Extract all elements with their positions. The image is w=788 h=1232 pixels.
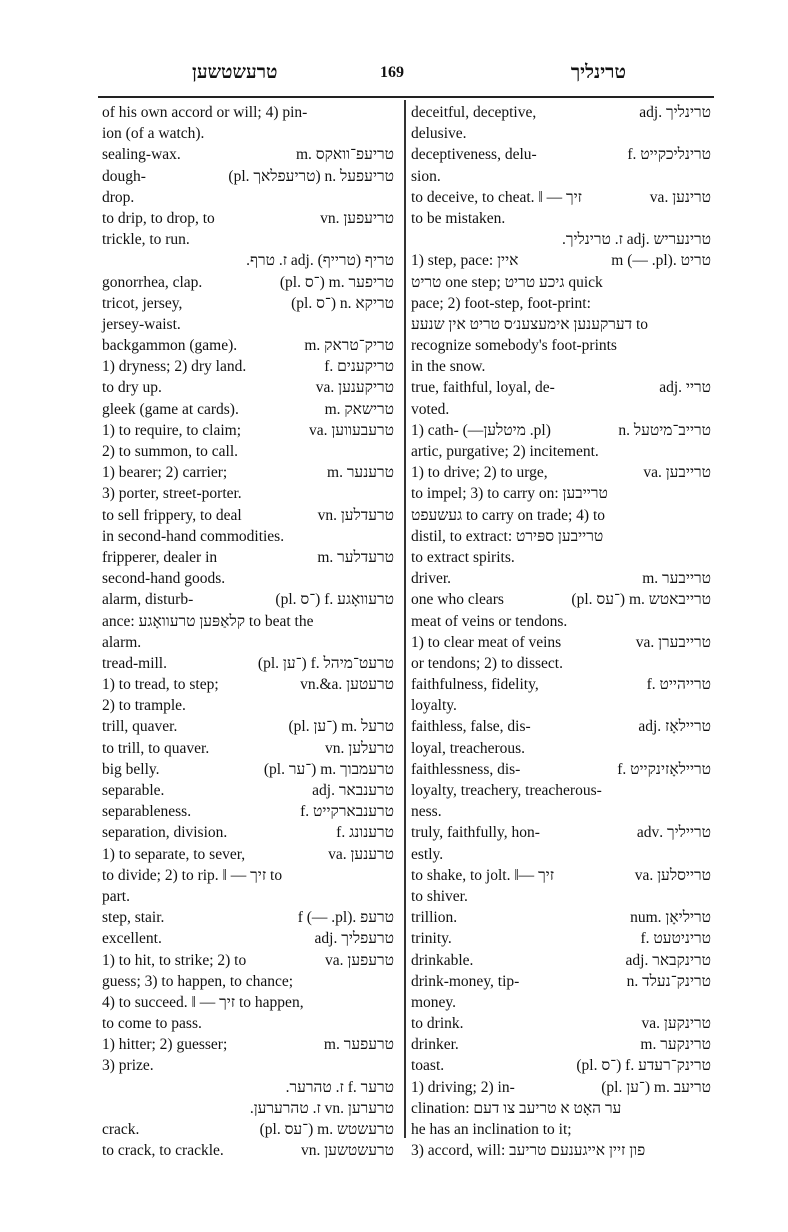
yiddish-headword: טרייבער .m bbox=[642, 568, 711, 589]
dictionary-line: to shake, to jolt. ‖— זיךטרייסלען .va bbox=[411, 865, 711, 886]
dictionary-line: loyalty, treachery, treacherous- bbox=[411, 780, 711, 801]
dictionary-line: gleek (game at cards).טרישאק .m bbox=[102, 399, 394, 420]
english-definition: tread-mill. bbox=[102, 653, 167, 674]
yiddish-headword: טרינק־רעדע .f (־ס .pl) bbox=[576, 1055, 711, 1076]
dictionary-line: toast.טרינק־רעדע .f (־ס .pl) bbox=[411, 1055, 711, 1076]
yiddish-headword: טרעלען .vn bbox=[325, 738, 394, 759]
dictionary-line: distil, to extract: טרייבען ספּירט bbox=[411, 526, 711, 547]
dictionary-line: to drip, to drop, toטריעפען .vn bbox=[102, 208, 394, 229]
yiddish-headword: טרעוואָגע .f (־ס .pl) bbox=[275, 589, 394, 610]
yiddish-headword: טרעט־מיהל .f (־ען .pl) bbox=[258, 653, 394, 674]
english-definition: in the snow. bbox=[411, 356, 485, 377]
dictionary-line: alarm, disturb-טרעוואָגע .f (־ס .pl) bbox=[102, 589, 394, 610]
english-definition: jersey-waist. bbox=[102, 314, 181, 335]
english-definition: toast. bbox=[411, 1055, 444, 1076]
dictionary-line: to divide; 2) to rip. ‖ — זיך to bbox=[102, 865, 394, 886]
dictionary-line: 1) to hit, to strike; 2) toטרעפען .va bbox=[102, 950, 394, 971]
page-number: 169 bbox=[380, 64, 404, 82]
yiddish-headword: טרינק־נעלד .n bbox=[627, 971, 711, 992]
dictionary-line: טריף (טרייף) .adj ז. טרף. bbox=[102, 250, 394, 271]
english-definition: ness. bbox=[411, 801, 442, 822]
dictionary-line: 4) to succeed. ‖ — זיך to happen, bbox=[102, 992, 394, 1013]
english-definition: trill, quaver. bbox=[102, 716, 177, 737]
yiddish-headword: טריקא .n (־ס .pl) bbox=[291, 293, 394, 314]
english-definition: to trill, to quaver. bbox=[102, 738, 209, 759]
english-definition: trillion. bbox=[411, 907, 457, 928]
yiddish-headword: טרינקבאר .adj bbox=[626, 950, 711, 971]
english-definition: 1) step, pace: איין bbox=[411, 250, 518, 271]
english-definition: to crack, to crackle. bbox=[102, 1140, 224, 1161]
dictionary-line: estly. bbox=[411, 844, 711, 865]
english-definition: to come to pass. bbox=[102, 1013, 202, 1034]
english-definition: to drink. bbox=[411, 1013, 464, 1034]
yiddish-headword: טרעבעווען .va bbox=[309, 420, 394, 441]
english-definition: or tendons; 2) to dissect. bbox=[411, 653, 563, 674]
dictionary-line: טרער .f ז. טהרער. bbox=[102, 1077, 394, 1098]
dictionary-line: 1) to tread, to step;טרעטען .vn.&a bbox=[102, 674, 394, 695]
yiddish-headword: טרענונג .f bbox=[336, 822, 394, 843]
yiddish-headword: טרענער .m bbox=[327, 462, 394, 483]
dictionary-line: in the snow. bbox=[411, 356, 711, 377]
dictionary-line: 1) to separate, to sever,טרענען .va bbox=[102, 844, 394, 865]
dictionary-line: part. bbox=[102, 886, 394, 907]
dictionary-line: second-hand goods. bbox=[102, 568, 394, 589]
dictionary-line: in second-hand commodities. bbox=[102, 526, 394, 547]
yiddish-headword: טרייסלען .va bbox=[635, 865, 711, 886]
english-definition: 1) hitter; 2) guesser; bbox=[102, 1034, 227, 1055]
yiddish-headword: טריף (טרייף) .adj ז. טרף. bbox=[246, 250, 394, 271]
page-header: טרעשטשען 169 טרינליך bbox=[100, 62, 712, 88]
english-definition: 1) cath- (—מיטלען .pl) bbox=[411, 420, 551, 441]
dictionary-line: 2) to summon, to call. bbox=[102, 441, 394, 462]
english-definition: to shake, to jolt. ‖— זיך bbox=[411, 865, 554, 886]
dictionary-line: fripperer, dealer inטרעדלער .m bbox=[102, 547, 394, 568]
english-definition: truly, faithfully, hon- bbox=[411, 822, 540, 843]
english-definition: to impel; 3) to carry on: טרייבען bbox=[411, 483, 608, 504]
header-right-guide-word: טרינליך bbox=[571, 62, 626, 84]
yiddish-headword: טרייליך .adv bbox=[637, 822, 711, 843]
dictionary-line: 1) bearer; 2) carrier;טרענער .m bbox=[102, 462, 394, 483]
english-definition: faithlessness, dis- bbox=[411, 759, 520, 780]
yiddish-headword: טריקענען .va bbox=[316, 377, 394, 398]
english-definition: to drip, to drop, to bbox=[102, 208, 215, 229]
english-definition: 1) to drive; 2) to urge, bbox=[411, 462, 548, 483]
english-definition: 1) to require, to claim; bbox=[102, 420, 241, 441]
dictionary-line: tread-mill.טרעט־מיהל .f (־ען .pl) bbox=[102, 653, 394, 674]
dictionary-line: faithfulness, fidelity,טרייהייט .f bbox=[411, 674, 711, 695]
english-definition: of his own accord or will; 4) pin- bbox=[102, 102, 307, 123]
dictionary-line: gonorrhea, clap.טריפער .m (־ס .pl) bbox=[102, 272, 394, 293]
dictionary-line: or tendons; 2) to dissect. bbox=[411, 653, 711, 674]
dictionary-line: loyal, treacherous. bbox=[411, 738, 711, 759]
dictionary-line: tricot, jersey,טריקא .n (־ס .pl) bbox=[102, 293, 394, 314]
english-definition: distil, to extract: טרייבען ספּירט bbox=[411, 526, 603, 547]
dictionary-line: טרינעריש .adj ז. טרינליך. bbox=[411, 229, 711, 250]
english-definition: meat of veins or tendons. bbox=[411, 611, 567, 632]
dictionary-line: to sell frippery, to dealטרעדלען .vn bbox=[102, 505, 394, 526]
english-definition: second-hand goods. bbox=[102, 568, 225, 589]
english-definition: drink-money, tip- bbox=[411, 971, 519, 992]
english-definition: separable. bbox=[102, 780, 164, 801]
english-definition: dough- bbox=[102, 166, 146, 187]
english-definition: faithless, false, dis- bbox=[411, 716, 531, 737]
english-definition: gleek (game at cards). bbox=[102, 399, 239, 420]
english-definition: 2) to trample. bbox=[102, 695, 186, 716]
english-definition: gonorrhea, clap. bbox=[102, 272, 202, 293]
english-definition: voted. bbox=[411, 399, 449, 420]
dictionary-line: to be mistaken. bbox=[411, 208, 711, 229]
english-definition: part. bbox=[102, 886, 130, 907]
yiddish-headword: טרענבארקייט .f bbox=[300, 801, 394, 822]
english-definition: 1) to hit, to strike; 2) to bbox=[102, 950, 246, 971]
english-definition: deceptiveness, delu- bbox=[411, 144, 537, 165]
english-definition: sion. bbox=[411, 166, 441, 187]
yiddish-headword: טרייב־מיטעל .n bbox=[618, 420, 711, 441]
yiddish-headword: טרערען .vn ז. טהרערען. bbox=[250, 1098, 394, 1119]
dictionary-line: דערקענען אימעצענ׳ס טריט אין שנעע to bbox=[411, 314, 711, 335]
dictionary-line: to impel; 3) to carry on: טרייבען bbox=[411, 483, 711, 504]
english-definition: clination: ער האָט א טריעב צו דעם bbox=[411, 1098, 621, 1119]
dictionary-line: 3) prize. bbox=[102, 1055, 394, 1076]
dictionary-line: separable.טרענבאר .adj bbox=[102, 780, 394, 801]
dictionary-line: he has an inclination to it; bbox=[411, 1119, 711, 1140]
dictionary-line: טרערען .vn ז. טהרערען. bbox=[102, 1098, 394, 1119]
yiddish-headword: טרעדלען .vn bbox=[318, 505, 394, 526]
dictionary-line: backgammon (game).טריק־טראק .m bbox=[102, 335, 394, 356]
left-column: of his own accord or will; 4) pin-ion (o… bbox=[102, 102, 394, 1161]
dictionary-line: dough-טריעפעל .n (טריעפלאך .pl) bbox=[102, 166, 394, 187]
yiddish-headword: טרעפען .va bbox=[325, 950, 394, 971]
dictionary-line: excellent.טרעפליך .adj bbox=[102, 928, 394, 949]
dictionary-line: loyalty. bbox=[411, 695, 711, 716]
dictionary-line: deceptiveness, delu-טרינליכקייט .f bbox=[411, 144, 711, 165]
english-definition: drop. bbox=[102, 187, 134, 208]
english-definition: step, stair. bbox=[102, 907, 164, 928]
dictionary-line: to extract spirits. bbox=[411, 547, 711, 568]
dictionary-line: ness. bbox=[411, 801, 711, 822]
yiddish-headword: טריעפעל .n (טריעפלאך .pl) bbox=[228, 166, 394, 187]
yiddish-headword: טרינען .va bbox=[650, 187, 711, 208]
yiddish-headword: טריעפ־וואקס .m bbox=[296, 144, 394, 165]
yiddish-headword: טרעטען .vn.&a bbox=[300, 674, 394, 695]
dictionary-line: crack.טרעשטש .m (־עס .pl) bbox=[102, 1119, 394, 1140]
english-definition: alarm, disturb- bbox=[102, 589, 193, 610]
english-definition: faithfulness, fidelity, bbox=[411, 674, 539, 695]
english-definition: דערקענען אימעצענ׳ס טריט אין שנעע to bbox=[411, 314, 648, 335]
dictionary-line: 1) cath- (—מיטלען .pl)טרייב־מיטעל .n bbox=[411, 420, 711, 441]
header-rule bbox=[98, 96, 714, 98]
english-definition: deceitful, deceptive, bbox=[411, 102, 536, 123]
dictionary-line: delusive. bbox=[411, 123, 711, 144]
dictionary-line: 1) step, pace: אייןטריט .m (— .pl) bbox=[411, 250, 711, 271]
dictionary-line: trinity.טריניטעט .f bbox=[411, 928, 711, 949]
yiddish-headword: טרעפער .m bbox=[324, 1034, 394, 1055]
dictionary-line: 3) accord, will: פון זיין אייגענעם טריעב bbox=[411, 1140, 711, 1161]
english-definition: געשעפט to carry on trade; 4) to bbox=[411, 505, 605, 526]
yiddish-headword: טרייבאטש .m (־עס .pl) bbox=[571, 589, 711, 610]
dictionary-line: טריט one step; גיכע טריט quick bbox=[411, 272, 711, 293]
dictionary-line: to drink.טרינקען .va bbox=[411, 1013, 711, 1034]
english-definition: crack. bbox=[102, 1119, 139, 1140]
english-definition: to shiver. bbox=[411, 886, 468, 907]
english-definition: 3) prize. bbox=[102, 1055, 154, 1076]
english-definition: guess; 3) to happen, to chance; bbox=[102, 971, 293, 992]
english-definition: to dry up. bbox=[102, 377, 162, 398]
english-definition: excellent. bbox=[102, 928, 162, 949]
dictionary-line: drinkable.טרינקבאר .adj bbox=[411, 950, 711, 971]
english-definition: in second-hand commodities. bbox=[102, 526, 284, 547]
right-column: deceitful, deceptive,טרינליך .adjdelusiv… bbox=[411, 102, 711, 1161]
dictionary-line: faithless, false, dis-טריילאָז .adj bbox=[411, 716, 711, 737]
english-definition: to divide; 2) to rip. ‖ — זיך to bbox=[102, 865, 282, 886]
dictionary-line: to come to pass. bbox=[102, 1013, 394, 1034]
yiddish-headword: טרייבען .va bbox=[643, 462, 711, 483]
english-definition: drinkable. bbox=[411, 950, 473, 971]
dictionary-line: recognize somebody's foot-prints bbox=[411, 335, 711, 356]
yiddish-headword: טריילאָזינקייט .f bbox=[617, 759, 711, 780]
yiddish-headword: טרעשטשען .vn bbox=[301, 1140, 394, 1161]
dictionary-line: 1) driving; 2) in-טריעב .m (־ען .pl) bbox=[411, 1077, 711, 1098]
dictionary-line: step, stair.טרעפ .f (— .pl) bbox=[102, 907, 394, 928]
dictionary-line: drink-money, tip-טרינק־נעלד .n bbox=[411, 971, 711, 992]
dictionary-line: separableness.טרענבארקייט .f bbox=[102, 801, 394, 822]
dictionary-line: 1) to drive; 2) to urge,טרייבען .va bbox=[411, 462, 711, 483]
english-definition: 4) to succeed. ‖ — זיך to happen, bbox=[102, 992, 304, 1013]
dictionary-line: to shiver. bbox=[411, 886, 711, 907]
dictionary-line: trickle, to run. bbox=[102, 229, 394, 250]
english-definition: to be mistaken. bbox=[411, 208, 505, 229]
english-definition: loyalty. bbox=[411, 695, 457, 716]
dictionary-line: drop. bbox=[102, 187, 394, 208]
dictionary-line: alarm. bbox=[102, 632, 394, 653]
english-definition: big belly. bbox=[102, 759, 160, 780]
english-definition: drinker. bbox=[411, 1034, 459, 1055]
dictionary-line: deceitful, deceptive,טרינליך .adj bbox=[411, 102, 711, 123]
english-definition: estly. bbox=[411, 844, 443, 865]
dictionary-line: clination: ער האָט א טריעב צו דעם bbox=[411, 1098, 711, 1119]
english-definition: 3) accord, will: פון זיין אייגענעם טריעב bbox=[411, 1140, 645, 1161]
yiddish-headword: טרעל .m (־ען .pl) bbox=[289, 716, 395, 737]
english-definition: loyalty, treachery, treacherous- bbox=[411, 780, 602, 801]
yiddish-headword: טריק־טראק .m bbox=[304, 335, 394, 356]
header-left-guide-word: טרעשטשען bbox=[192, 62, 278, 84]
yiddish-headword: טריניטעט .f bbox=[640, 928, 711, 949]
english-definition: he has an inclination to it; bbox=[411, 1119, 572, 1140]
yiddish-headword: טרעפ .f (— .pl) bbox=[298, 907, 394, 928]
yiddish-headword: טרענבאר .adj bbox=[312, 780, 394, 801]
column-divider bbox=[404, 100, 406, 1138]
yiddish-headword: טריקענים .f bbox=[324, 356, 394, 377]
dictionary-line: 2) to trample. bbox=[102, 695, 394, 716]
english-definition: separableness. bbox=[102, 801, 191, 822]
dictionary-line: to crack, to crackle.טרעשטשען .vn bbox=[102, 1140, 394, 1161]
dictionary-line: one who clearsטרייבאטש .m (־עס .pl) bbox=[411, 589, 711, 610]
yiddish-headword: טריי .adj bbox=[659, 377, 711, 398]
dictionary-line: faithlessness, dis-טריילאָזינקייט .f bbox=[411, 759, 711, 780]
dictionary-line: guess; 3) to happen, to chance; bbox=[102, 971, 394, 992]
english-definition: artic, purgative; 2) incitement. bbox=[411, 441, 599, 462]
english-definition: separation, division. bbox=[102, 822, 227, 843]
english-definition: delusive. bbox=[411, 123, 467, 144]
dictionary-line: money. bbox=[411, 992, 711, 1013]
dictionary-line: true, faithful, loyal, de-טריי .adj bbox=[411, 377, 711, 398]
english-definition: 1) to tread, to step; bbox=[102, 674, 219, 695]
english-definition: 1) driving; 2) in- bbox=[411, 1077, 515, 1098]
english-definition: sealing-wax. bbox=[102, 144, 181, 165]
english-definition: fripperer, dealer in bbox=[102, 547, 217, 568]
dictionary-line: meat of veins or tendons. bbox=[411, 611, 711, 632]
dictionary-line: truly, faithfully, hon-טרייליך .adv bbox=[411, 822, 711, 843]
dictionary-line: ion (of a watch). bbox=[102, 123, 394, 144]
dictionary-line: sion. bbox=[411, 166, 711, 187]
dictionary-line: big belly.טרעמבוך .m (־ער .pl) bbox=[102, 759, 394, 780]
english-definition: to deceive, to cheat. ‖ — זיך bbox=[411, 187, 582, 208]
english-definition: 2) to summon, to call. bbox=[102, 441, 238, 462]
yiddish-headword: טרענען .va bbox=[328, 844, 394, 865]
yiddish-headword: טריפער .m (־ס .pl) bbox=[280, 272, 394, 293]
english-definition: pace; 2) foot-step, foot-print: bbox=[411, 293, 591, 314]
yiddish-headword: טרינקען .va bbox=[642, 1013, 712, 1034]
yiddish-headword: טרישאק .m bbox=[325, 399, 394, 420]
yiddish-headword: טריעב .m (־ען .pl) bbox=[601, 1077, 711, 1098]
english-definition: loyal, treacherous. bbox=[411, 738, 525, 759]
dictionary-line: drinker.טרינקער .m bbox=[411, 1034, 711, 1055]
yiddish-headword: טרינעריש .adj ז. טרינליך. bbox=[562, 229, 711, 250]
english-definition: true, faithful, loyal, de- bbox=[411, 377, 555, 398]
english-definition: 1) to separate, to sever, bbox=[102, 844, 245, 865]
yiddish-headword: טריט .m (— .pl) bbox=[611, 250, 711, 271]
english-definition: trickle, to run. bbox=[102, 229, 190, 250]
english-definition: טריט one step; גיכע טריט quick bbox=[411, 272, 603, 293]
dictionary-line: to deceive, to cheat. ‖ — זיךטרינען .va bbox=[411, 187, 711, 208]
english-definition: recognize somebody's foot-prints bbox=[411, 335, 617, 356]
dictionary-line: 3) porter, street-porter. bbox=[102, 483, 394, 504]
english-definition: one who clears bbox=[411, 589, 504, 610]
english-definition: money. bbox=[411, 992, 456, 1013]
yiddish-headword: טרינקער .m bbox=[640, 1034, 711, 1055]
dictionary-line: artic, purgative; 2) incitement. bbox=[411, 441, 711, 462]
english-definition: 3) porter, street-porter. bbox=[102, 483, 242, 504]
yiddish-headword: טרעדלער .m bbox=[317, 547, 394, 568]
dictionary-line: separation, division.טרענונג .f bbox=[102, 822, 394, 843]
dictionary-line: ance: קלאַפּען טרעוואָגע to beat the bbox=[102, 611, 394, 632]
yiddish-headword: טרעשטש .m (־עס .pl) bbox=[260, 1119, 394, 1140]
yiddish-headword: טרינליך .adj bbox=[639, 102, 711, 123]
yiddish-headword: טרייהייט .f bbox=[647, 674, 711, 695]
dictionary-line: trill, quaver.טרעל .m (־ען .pl) bbox=[102, 716, 394, 737]
english-definition: ance: קלאַפּען טרעוואָגע to beat the bbox=[102, 611, 313, 632]
dictionary-line: to dry up.טריקענען .va bbox=[102, 377, 394, 398]
dictionary-line: of his own accord or will; 4) pin- bbox=[102, 102, 394, 123]
yiddish-headword: טריילאָז .adj bbox=[638, 716, 711, 737]
english-definition: 1) bearer; 2) carrier; bbox=[102, 462, 227, 483]
english-definition: ion (of a watch). bbox=[102, 123, 204, 144]
english-definition: to sell frippery, to deal bbox=[102, 505, 242, 526]
english-definition: tricot, jersey, bbox=[102, 293, 182, 314]
yiddish-headword: טריעפען .vn bbox=[320, 208, 394, 229]
english-definition: backgammon (game). bbox=[102, 335, 237, 356]
yiddish-headword: טרינליכקייט .f bbox=[627, 144, 711, 165]
english-definition: alarm. bbox=[102, 632, 141, 653]
dictionary-line: געשעפט to carry on trade; 4) to bbox=[411, 505, 711, 526]
yiddish-headword: טרעפליך .adj bbox=[315, 928, 394, 949]
yiddish-headword: טרייבערן .va bbox=[636, 632, 711, 653]
english-definition: to extract spirits. bbox=[411, 547, 515, 568]
dictionary-line: sealing-wax.טריעפ־וואקס .m bbox=[102, 144, 394, 165]
yiddish-headword: טרעמבוך .m (־ער .pl) bbox=[264, 759, 394, 780]
yiddish-headword: טריליאָן .num bbox=[630, 907, 711, 928]
dictionary-line: voted. bbox=[411, 399, 711, 420]
english-definition: 1) dryness; 2) dry land. bbox=[102, 356, 246, 377]
dictionary-line: pace; 2) foot-step, foot-print: bbox=[411, 293, 711, 314]
dictionary-line: 1) to clear meat of veinsטרייבערן .va bbox=[411, 632, 711, 653]
dictionary-line: jersey-waist. bbox=[102, 314, 394, 335]
english-definition: 1) to clear meat of veins bbox=[411, 632, 561, 653]
dictionary-line: trillion.טריליאָן .num bbox=[411, 907, 711, 928]
english-definition: trinity. bbox=[411, 928, 452, 949]
dictionary-line: 1) to require, to claim;טרעבעווען .va bbox=[102, 420, 394, 441]
yiddish-headword: טרער .f ז. טהרער. bbox=[286, 1077, 394, 1098]
dictionary-line: to trill, to quaver.טרעלען .vn bbox=[102, 738, 394, 759]
dictionary-line: driver.טרייבער .m bbox=[411, 568, 711, 589]
dictionary-line: 1) hitter; 2) guesser;טרעפער .m bbox=[102, 1034, 394, 1055]
dictionary-line: 1) dryness; 2) dry land.טריקענים .f bbox=[102, 356, 394, 377]
english-definition: driver. bbox=[411, 568, 451, 589]
